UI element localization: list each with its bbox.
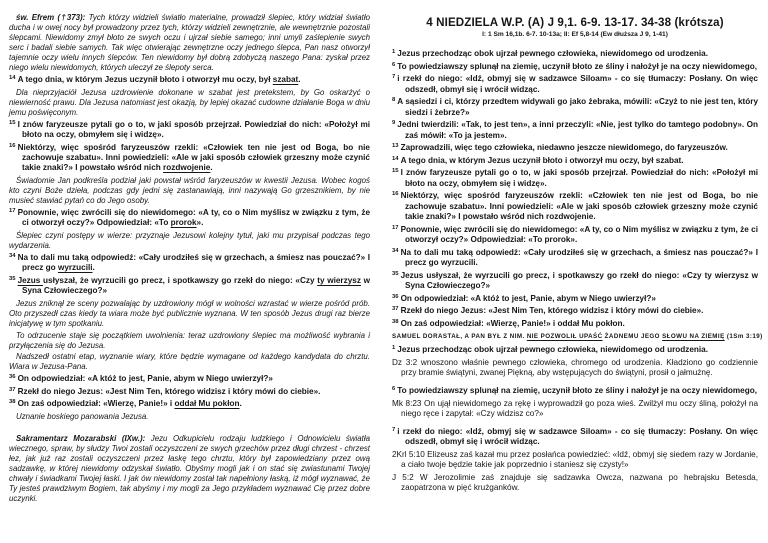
verse-8-paragraph: 8A sąsiedzi i ci, którzy przedtem widywa…: [392, 97, 758, 118]
commentary-paragraph: św. Efrem (†373): Tych którzy widzieli ś…: [9, 13, 370, 74]
text-segment: On zaś odpowiedział: «Wierzę, Panie!» i: [18, 399, 175, 408]
verse-number: 16: [9, 143, 16, 149]
verse-16-paragraph: 16Niektórzy, więc spośród faryzeuszów rz…: [392, 191, 758, 222]
verse-6-paragraph: 6To powiedziawszy splunął na ziemię, ucz…: [392, 386, 758, 396]
verse-number: 1: [392, 345, 395, 351]
verse-7-paragraph: 7i rzekł do niego: «Idź, obmyj się w sad…: [392, 74, 758, 95]
verse-number: 6: [392, 62, 395, 68]
verse-number: 36: [392, 294, 399, 300]
underlined-text: Jezus: [18, 276, 43, 285]
verse-number: 38: [9, 399, 16, 405]
verse-15-paragraph: 15I znów faryzeusze pytali go o to, w ja…: [9, 120, 370, 141]
commentary-paragraph: Jezus zniknął ze sceny pozwalając by uzd…: [9, 299, 370, 329]
text-segment: Mk 8:23 On ujął niewidomego za rękę i wy…: [392, 399, 758, 418]
crossref-paragraph: Dz 3:2 wnoszono właśnie pewnego człowiek…: [392, 358, 758, 379]
text-segment: ŻADNEMU JEGO: [603, 333, 663, 340]
verse-number: 7: [392, 427, 395, 433]
verse-34-paragraph: 34Na to dali mu taką odpowiedź: «Cały ur…: [392, 248, 758, 269]
crossref-paragraph: Mk 8:23 On ujął niewidomego za rękę i wy…: [392, 399, 758, 420]
text-segment: usłyszał, że wyrzucili go precz, i spotk…: [43, 276, 317, 285]
text-segment: Ślepiec czyni postępy w wierze: przyznaj…: [9, 231, 370, 250]
text-segment: .: [210, 163, 212, 172]
verse-36-paragraph: 36On odpowiedział: «A któż to jest, Pani…: [9, 374, 370, 384]
verse-number: 13: [392, 143, 399, 149]
text-segment: On odpowiedział: «A któż to jest, Panie,…: [401, 294, 656, 303]
text-segment: .: [240, 399, 242, 408]
text-segment: To powiedziawszy splunął na ziemię, uczy…: [397, 386, 757, 395]
text-segment: ».: [197, 218, 204, 227]
text-segment: (1Sm 3:19): [725, 333, 763, 340]
verse-number: 1: [392, 49, 395, 55]
verse-number: 7: [392, 74, 395, 80]
lead-label: Sakramentarz Mozarabski (IXw.):: [16, 434, 151, 443]
text-segment: Jezus usłyszał, że wyrzucili go precz, i…: [401, 271, 758, 290]
text-segment: .: [298, 75, 300, 84]
text-segment: SAMUEL DORASTAŁ, A PAN BYŁ Z NIM.: [392, 333, 527, 340]
verse-number: 15: [9, 120, 16, 126]
verse-16-paragraph: 16Niektórzy, więc spośród faryzeuszów rz…: [9, 143, 370, 174]
underlined-text: oddał Mu pokłon: [174, 399, 239, 408]
verse-17-paragraph: 17Ponownie, więc zwrócili się do niewido…: [392, 225, 758, 246]
text-segment: On odpowiedział: «A któż to jest, Panie,…: [18, 374, 273, 383]
text-segment: Jezus przechodząc obok ujrzał pewnego cz…: [397, 345, 708, 354]
verse-number: 34: [9, 253, 16, 259]
verse-37-paragraph: 37Rzekł do niego Jezus: «Jest Nim Ten, k…: [9, 387, 370, 397]
commentary-paragraph: Świadomie Jan podkreśla podział jaki pow…: [9, 176, 370, 206]
verse-number: 8: [392, 97, 395, 103]
verse-number: 36: [9, 374, 16, 380]
document-sheet: św. Efrem (†373): Tych którzy widzieli ś…: [0, 0, 768, 543]
verse-number: 17: [392, 225, 399, 231]
text-segment: i rzekł do niego: «Idź, obmyj się w sadz…: [397, 74, 758, 93]
verse-9-paragraph: 9Jedni twierdzili: «Tak, to jest ten», a…: [392, 120, 758, 141]
verse-number: 38: [392, 319, 399, 325]
verse-number: 34: [392, 248, 399, 254]
text-segment: Rzekł do niego Jezus: «Jest Nim Ten, któ…: [401, 306, 704, 315]
text-segment: Uznanie boskiego panowania Jezusa.: [16, 412, 148, 421]
verse-15-paragraph: 15I znów faryzeusze pytali go o to, w ja…: [392, 168, 758, 189]
verse-number: 17: [9, 208, 16, 214]
verse-14-paragraph: 14A tego dnia, w którym Jezus uczynił bł…: [9, 75, 370, 85]
commentary-paragraph: Ślepiec czyni postępy w wierze: przyznaj…: [9, 231, 370, 251]
smallcaps-paragraph: SAMUEL DORASTAŁ, A PAN BYŁ Z NIM. NIE PO…: [392, 333, 758, 340]
lead-label: św. Efrem (†373):: [16, 13, 89, 22]
text-segment: A sąsiedzi i ci, którzy przedtem widywal…: [397, 97, 758, 116]
verse-36-paragraph: 36On odpowiedział: «A któż to jest, Pani…: [392, 294, 758, 304]
text-segment: Dla nieprzyjaciół Jezusa uzdrowienie dok…: [9, 88, 370, 117]
underlined-text: ty wierzysz: [317, 276, 361, 285]
text-segment: Nadszedł ostatni etap, wyznanie wiary, k…: [9, 352, 370, 371]
commentary-paragraph: Uznanie boskiego panowania Jezusa.: [9, 412, 370, 422]
text-segment: i rzekł do niego: «Idź, obmyj się w sadz…: [397, 427, 758, 446]
text-segment: Świadomie Jan podkreśla podział jaki pow…: [9, 176, 370, 205]
reading-title: 4 NIEDZIELA W.P. (A) J 9,1. 6-9. 13-17. …: [392, 16, 758, 29]
underlined-text: SŁOWU NA ZIEMIĘ: [662, 333, 725, 340]
commentary-paragraph: To odrzucenie staje się początkiem uwoln…: [9, 331, 370, 351]
text-segment: To powiedziawszy splunął na ziemię, uczy…: [397, 62, 757, 71]
verse-number: 16: [392, 191, 399, 197]
underlined-text: rozdwojenie: [163, 163, 210, 172]
verse-13-paragraph: 13Zaprowadzili, więc tego człowieka, nie…: [392, 143, 758, 153]
verse-number: 14: [9, 75, 16, 81]
commentary-paragraph: Nadszedł ostatni etap, wyznanie wiary, k…: [9, 352, 370, 372]
text-segment: Na to dali mu taką odpowiedź: «Cały urod…: [401, 248, 758, 267]
verse-number: 15: [392, 168, 399, 174]
verse-1-paragraph: 1Jezus przechodząc obok ujrzał pewnego c…: [392, 345, 758, 355]
text-segment: Dz 3:2 wnoszono właśnie pewnego człowiek…: [392, 358, 758, 377]
text-segment: Jezus przechodząc obok ujrzał pewnego cz…: [397, 49, 708, 58]
commentary-paragraph: Dla nieprzyjaciół Jezusa uzdrowienie dok…: [9, 88, 370, 118]
text-segment: Ponownie, więc zwrócili się do niewidome…: [401, 225, 758, 244]
text-segment: Zaprowadzili, więc tego człowieka, nieda…: [401, 143, 728, 152]
reading-references-subtitle: I: 1 Sm 16,1b. 6-7. 10-13a; II: Ef 5,8-1…: [392, 31, 758, 38]
text-segment: I znów faryzeusze pytali go o to, w jaki…: [401, 168, 758, 187]
text-segment: A tego dnia, w którym Jezus uczynił błot…: [401, 156, 684, 165]
verse-14-paragraph: 14A tego dnia, w którym Jezus uczynił bł…: [392, 156, 758, 166]
underlined-text: prorok: [171, 218, 197, 227]
verse-1-paragraph: 1Jezus przechodząc obok ujrzał pewnego c…: [392, 49, 758, 59]
verse-number: 35: [392, 271, 399, 277]
text-segment: .: [93, 263, 95, 272]
left-column-commentary: św. Efrem (†373): Tych którzy widzieli ś…: [9, 13, 370, 506]
verse-34-paragraph: 34Na to dali mu taką odpowiedź: «Cały ur…: [9, 253, 370, 274]
verse-number: 9: [392, 120, 395, 126]
verse-6-paragraph: 6To powiedziawszy splunął na ziemię, ucz…: [392, 62, 758, 72]
underlined-text: szabat: [273, 75, 298, 84]
right-column-body: 1Jezus przechodząc obok ujrzał pewnego c…: [392, 49, 758, 493]
verse-38-paragraph: 38On zaś odpowiedział: «Wierzę, Panie!» …: [9, 399, 370, 409]
text-segment: Jedni twierdzili: «Tak, to jest ten», a …: [397, 120, 758, 139]
crossref-paragraph: J 5:2 W Jerozolimie zaś znajduje się sad…: [392, 473, 758, 494]
crossref-paragraph: 2Krl 5:10 Elizeusz zaś kazał mu przez po…: [392, 450, 758, 471]
underlined-text: wyrzucili: [58, 263, 93, 272]
verse-number: 35: [9, 276, 16, 282]
text-segment: I znów faryzeusze pytali go o to, w jaki…: [18, 120, 370, 139]
text-segment: On zaś odpowiedział: «Wierzę, Panie!» i …: [401, 319, 625, 328]
text-segment: To odrzucenie staje się początkiem uwoln…: [9, 331, 370, 350]
verse-17-paragraph: 17Ponownie, więc zwrócili się do niewido…: [9, 208, 370, 229]
verse-number: 37: [392, 306, 399, 312]
spacer: [9, 424, 370, 434]
text-segment: Rzekł do niego Jezus: «Jest Nim Ten, któ…: [18, 387, 321, 396]
text-segment: Niektórzy, więc spośród faryzeuszów rzek…: [401, 191, 758, 221]
verse-37-paragraph: 37Rzekł do niego Jezus: «Jest Nim Ten, k…: [392, 306, 758, 316]
text-segment: Jezus zniknął ze sceny pozwalając by uzd…: [9, 299, 370, 328]
verse-35-paragraph: 35Jezus usłyszał, że wyrzucili go precz,…: [9, 276, 370, 297]
verse-number: 14: [392, 156, 399, 162]
text-segment: Jezu Odkupicielu rodzaju ludzkiego i Odn…: [9, 434, 370, 504]
text-segment: J 5:2 W Jerozolimie zaś znajduje się sad…: [392, 473, 758, 492]
verse-35-paragraph: 35Jezus usłyszał, że wyrzucili go precz,…: [392, 271, 758, 292]
right-column-reading: 4 NIEDZIELA W.P. (A) J 9,1. 6-9. 13-17. …: [392, 13, 758, 496]
text-segment: 2Krl 5:10 Elizeusz zaś kazał mu przez po…: [392, 450, 758, 469]
verse-number: 37: [9, 387, 16, 393]
commentary-paragraph: Sakramentarz Mozarabski (IXw.): Jezu Odk…: [9, 434, 370, 505]
verse-number: 6: [392, 386, 395, 392]
underlined-text: NIE POZWOLIŁ UPAŚĆ: [527, 333, 603, 340]
verse-38-paragraph: 38On zaś odpowiedział: «Wierzę, Panie!» …: [392, 319, 758, 329]
text-segment: A tego dnia, w którym Jezus uczynił błot…: [18, 75, 273, 84]
verse-7-paragraph: 7i rzekł do niego: «Idź, obmyj się w sad…: [392, 427, 758, 448]
